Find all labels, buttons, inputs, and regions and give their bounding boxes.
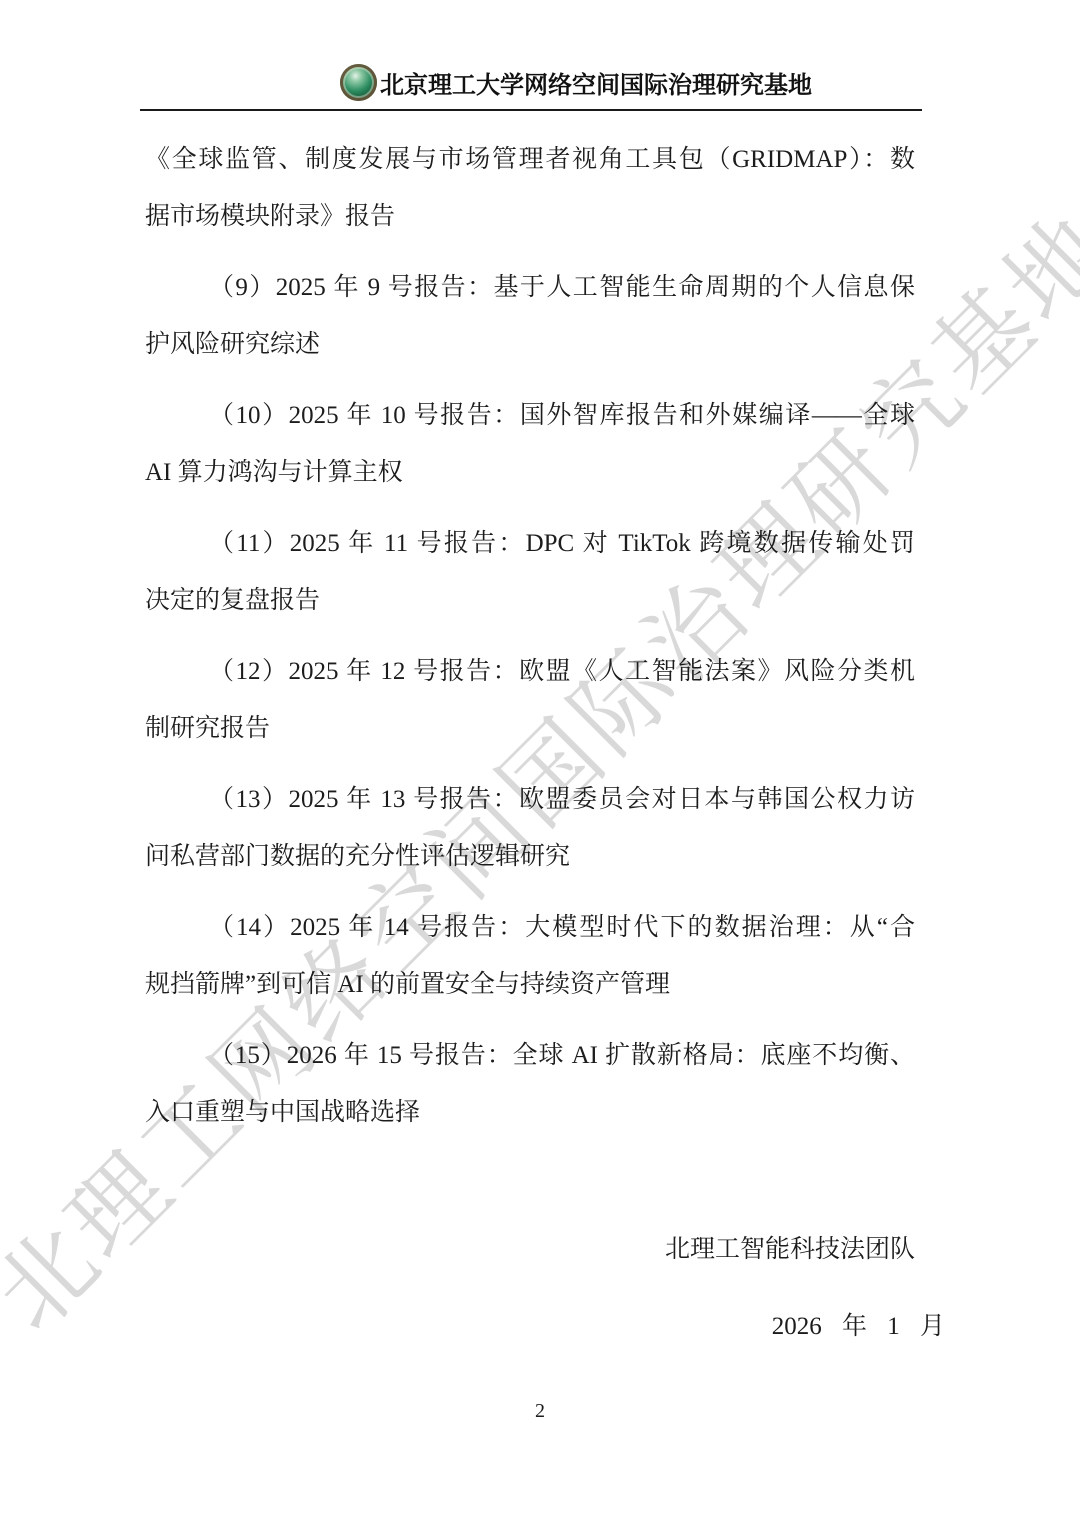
report-paragraph: （11）2025 年 11 号报告：DPC 对 TikTok 跨境数据传输处罚决…: [145, 515, 915, 629]
text-line: （10）2025 年 10 号报告：国外智库报告和外媒编译——全球: [145, 387, 915, 444]
page-header: 北京理工大学网络空间国际治理研究基地: [140, 64, 922, 111]
text-line: （14）2025 年 14 号报告：大模型时代下的数据治理：从“合: [145, 899, 915, 956]
page-footer: 2: [0, 1400, 1080, 1423]
text-line: （9）2025 年 9 号报告：基于人工智能生命周期的个人信息保: [145, 259, 915, 316]
text-line: 规挡箭牌”到可信 AI 的前置安全与持续资产管理: [145, 956, 915, 1013]
header-brand: 北京理工大学网络空间国际治理研究基地: [340, 64, 812, 101]
text-line: 决定的复盘报告: [145, 572, 915, 629]
text-line: 入口重塑与中国战略选择: [145, 1084, 915, 1141]
text-line: （15）2026 年 15 号报告：全球 AI 扩散新格局：底座不均衡、: [145, 1027, 915, 1084]
org-name: 北京理工大学网络空间国际治理研究基地: [380, 65, 812, 100]
report-list: 《全球监管、制度发展与市场管理者视角工具包（GRIDMAP）：数据市场模块附录》…: [145, 131, 915, 1141]
text-line: AI 算力鸿沟与计算主权: [145, 444, 915, 501]
report-paragraph: （15）2026 年 15 号报告：全球 AI 扩散新格局：底座不均衡、入口重塑…: [145, 1027, 915, 1141]
report-paragraph: （9）2025 年 9 号报告：基于人工智能生命周期的个人信息保护风险研究综述: [145, 259, 915, 373]
report-paragraph: （12）2025 年 12 号报告：欧盟《人工智能法案》风险分类机制研究报告: [145, 643, 915, 757]
text-line: （13）2025 年 13 号报告：欧盟委员会对日本与韩国公权力访: [145, 771, 915, 828]
page-number: 2: [535, 1400, 545, 1422]
text-line: 问私营部门数据的充分性评估逻辑研究: [145, 828, 915, 885]
closing-block: 北理工智能科技法团队 2026 年 1 月: [145, 1221, 915, 1355]
bit-seal-icon: [340, 64, 377, 101]
text-line: （11）2025 年 11 号报告：DPC 对 TikTok 跨境数据传输处罚: [145, 515, 915, 572]
report-paragraph: （10）2025 年 10 号报告：国外智库报告和外媒编译——全球AI 算力鸿沟…: [145, 387, 915, 501]
page-content: 北京理工大学网络空间国际治理研究基地 《全球监管、制度发展与市场管理者视角工具包…: [0, 64, 1080, 1355]
document-page: 北理工网络空间国际治理研究基地 北京理工大学网络空间国际治理研究基地 《全球监管…: [0, 0, 1080, 1527]
text-line: 据市场模块附录》报告: [145, 188, 915, 245]
report-paragraph: （14）2025 年 14 号报告：大模型时代下的数据治理：从“合规挡箭牌”到可…: [145, 899, 915, 1013]
text-line: 制研究报告: [145, 700, 915, 757]
document-date: 2026 年 1 月: [145, 1298, 945, 1355]
text-line: （12）2025 年 12 号报告：欧盟《人工智能法案》风险分类机: [145, 643, 915, 700]
report-paragraph: 《全球监管、制度发展与市场管理者视角工具包（GRIDMAP）：数据市场模块附录》…: [145, 131, 915, 245]
text-line: 《全球监管、制度发展与市场管理者视角工具包（GRIDMAP）：数: [145, 131, 915, 188]
report-paragraph: （13）2025 年 13 号报告：欧盟委员会对日本与韩国公权力访问私营部门数据…: [145, 771, 915, 885]
signature-team: 北理工智能科技法团队: [145, 1221, 915, 1278]
text-line: 护风险研究综述: [145, 316, 915, 373]
